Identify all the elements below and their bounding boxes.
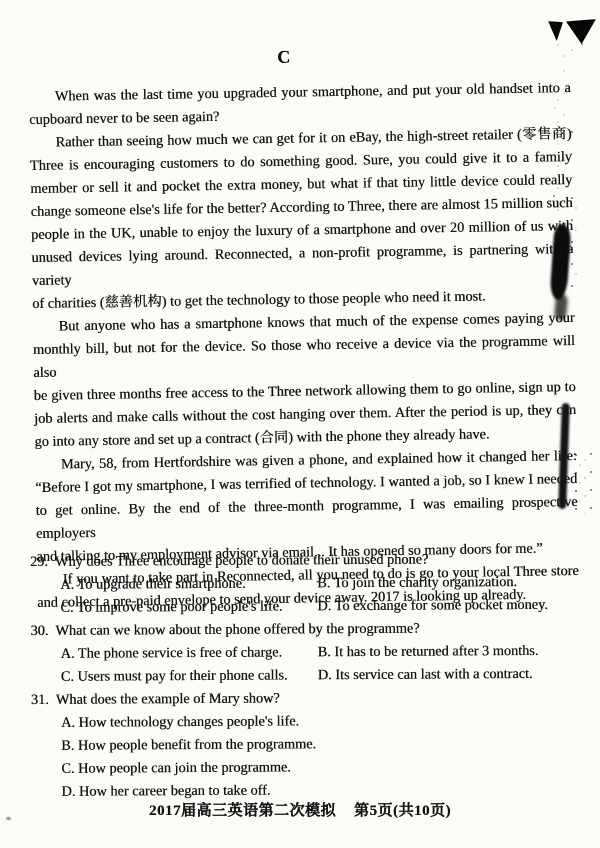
option-31-c: C. How people can join the programme.	[61, 755, 573, 781]
option-30-a: A. The phone service is free of charge.	[61, 641, 318, 666]
question-text: What can we know about the phone offered…	[55, 618, 419, 643]
option-29-c: C. To improve some poor people's life.	[60, 595, 317, 620]
question-29-options-row: A. To upgrade their smartphone. B. To jo…	[30, 571, 572, 597]
option-29-b: B. To join the charity organization.	[317, 571, 517, 595]
question-30: 30. What can we know about the phone off…	[30, 617, 572, 643]
question-31: 31. What does the example of Mary show?	[31, 686, 573, 712]
question-number: 31.	[31, 689, 49, 712]
option-29-a: A. To upgrade their smartphone.	[60, 572, 317, 597]
option-29-d: D. To exchange for some pocket money.	[317, 594, 548, 618]
question-number: 29.	[30, 551, 48, 574]
section-label: C	[28, 42, 540, 73]
question-29-options-row: C. To improve some poor people's life. D…	[30, 594, 572, 620]
scan-artifact-corner-blob	[566, 19, 596, 44]
question-30-options-row: A. The phone service is free of charge. …	[31, 640, 573, 666]
questions-section: 29. Why does Three encourage people to d…	[30, 548, 574, 804]
option-30-d: D. Its service can last with a contract.	[318, 663, 533, 687]
question-text: Why does Three encourage people to donat…	[55, 549, 428, 574]
footer-page-number: 第5页(共10页)	[354, 803, 451, 819]
option-30-c: C. Users must pay for their phone calls.	[61, 664, 318, 689]
page-footer: 2017届高三英语第二次模拟第5页(共10页)	[0, 799, 600, 820]
scanned-exam-page: C When was the last time you upgraded yo…	[0, 0, 600, 848]
question-number: 30.	[30, 620, 48, 643]
option-31-a: A. How technology changes people's life.	[61, 709, 573, 735]
question-29: 29. Why does Three encourage people to d…	[30, 548, 572, 574]
option-30-b: B. It has to be returned after 3 months.	[318, 640, 539, 664]
reading-passage-section: C When was the last time you upgraded yo…	[28, 41, 579, 615]
question-text: What does the example of Mary show?	[56, 687, 280, 711]
footer-exam-title: 2017届高三英语第二次模拟	[149, 803, 336, 819]
question-30-options-row: C. Users must pay for their phone calls.…	[31, 663, 573, 689]
scan-artifact-corner-blob	[548, 21, 563, 41]
option-31-b: B. How people benefit from the programme…	[61, 732, 573, 758]
